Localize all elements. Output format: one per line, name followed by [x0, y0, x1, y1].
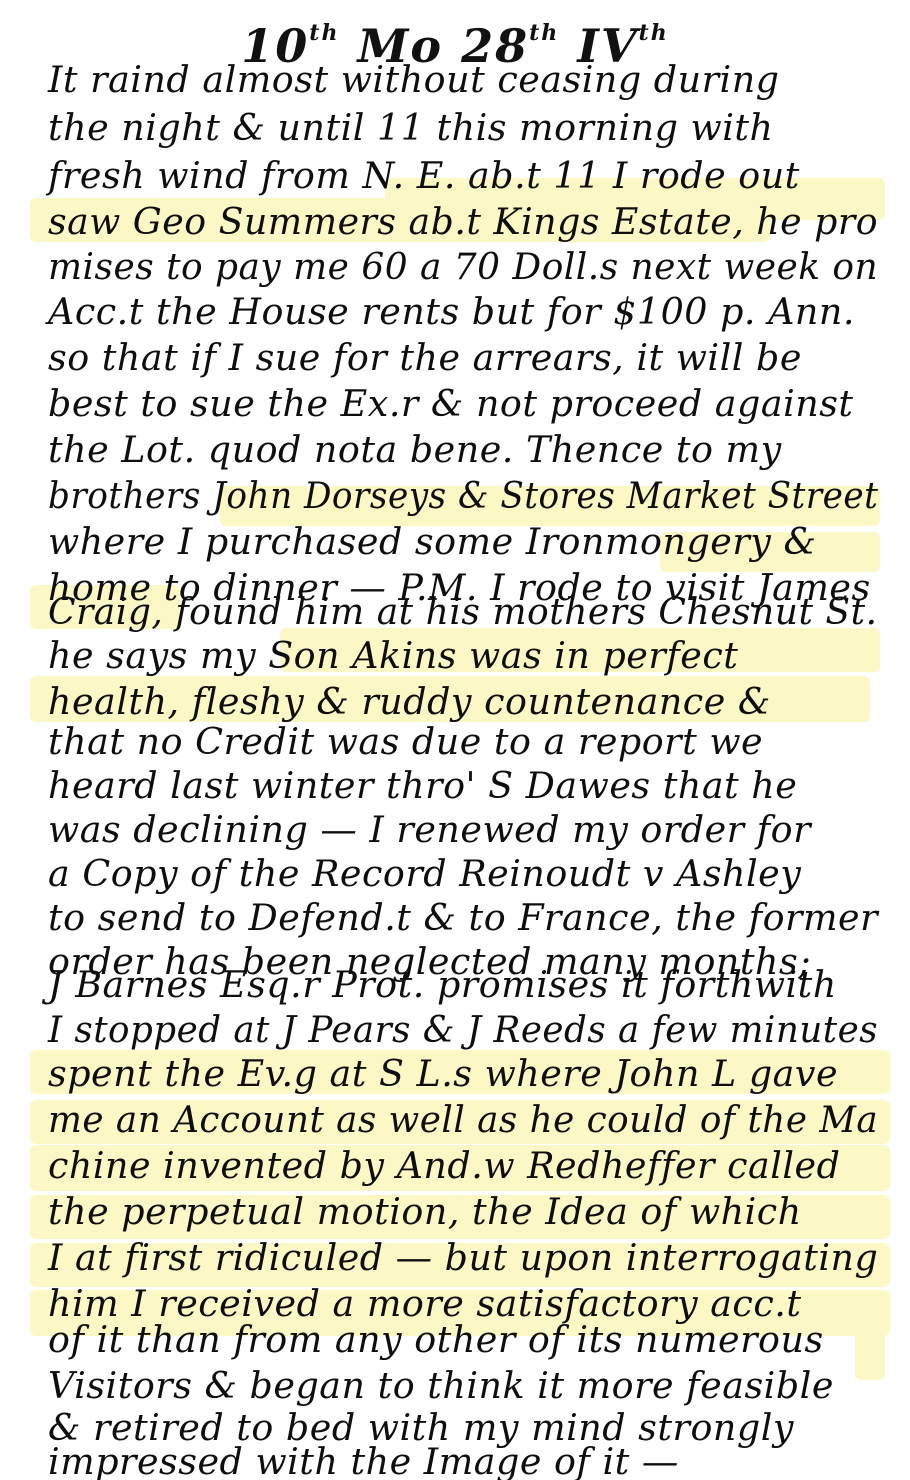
text-line: Craig, found him at his mothers Chesnut … [48, 590, 869, 636]
text-line: brothers John Dorseys & Stores Market St… [48, 474, 829, 520]
text-line: of it than from any other of its numerou… [48, 1318, 878, 1364]
text-line: It raind almost without ceasing during [48, 58, 878, 104]
text-line: I stopped at J Pears & J Reeds a few min… [48, 1008, 860, 1054]
text-line: that no Credit was due to a report we [48, 720, 878, 766]
text-line: fresh wind from N. E. ab.t 11 I rode out [48, 154, 878, 200]
text-line: was declining — I renewed my order for [48, 808, 878, 854]
text-line: I at first ridiculed — but upon interrog… [48, 1236, 877, 1282]
text-line: Acc.t the House rents but for $100 p. An… [48, 290, 878, 336]
text-line: so that if I sue for the arrears, it wil… [48, 336, 878, 382]
text-line: Visitors & began to think it more feasib… [48, 1364, 878, 1410]
text-line: mises to pay me 60 a 70 Doll.s next week… [48, 245, 866, 291]
text-line: the Lot. quod nota bene. Thence to my [48, 428, 878, 474]
text-line: impressed with the Image of it — [48, 1440, 878, 1480]
heading-suffix: th [639, 20, 669, 46]
text-line: chine invented by And.w Redheffer called [48, 1144, 878, 1190]
manuscript-page: 10th Mo 28th IVth It raind almost withou… [0, 0, 910, 1480]
text-line: a Copy of the Record Reinoudt v Ashley [48, 852, 878, 898]
heading-suffix: th [309, 20, 339, 46]
text-line: spent the Ev.g at S L.s where John L gav… [48, 1052, 878, 1098]
text-line: saw Geo Summers ab.t Kings Estate, he pr… [48, 200, 874, 246]
text-line: to send to Defend.t & to France, the for… [48, 896, 878, 942]
text-line: the perpetual motion, the Idea of which [48, 1190, 878, 1236]
heading-suffix: th [529, 20, 559, 46]
text-line: me an Account as well as he could of the… [48, 1098, 862, 1144]
text-line: where I purchased some Ironmongery & [48, 520, 878, 566]
text-line: he says my Son Akins was in perfect [48, 634, 878, 680]
text-line: the night & until 11 this morning with [48, 106, 878, 152]
text-line: best to sue the Ex.r & not proceed again… [48, 382, 878, 428]
text-line: heard last winter thro' S Dawes that he [48, 764, 878, 810]
text-line: J Barnes Esq.r Prot. promises it forthwi… [48, 963, 878, 1009]
